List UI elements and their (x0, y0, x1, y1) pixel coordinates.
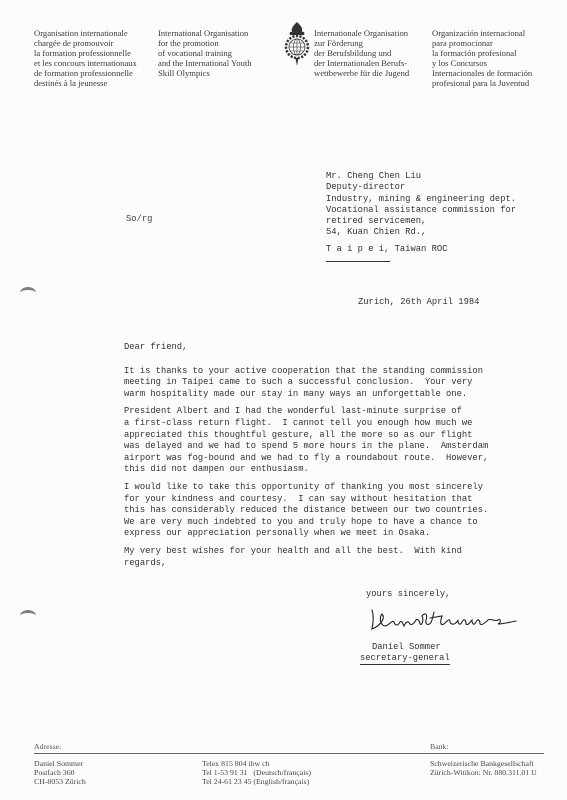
paragraph-4: My very best wishes for your health and … (124, 546, 544, 569)
footer-divider (34, 753, 544, 754)
city-underline (326, 261, 390, 262)
reference-initials: So/rg (126, 214, 152, 224)
addressee-city: T a i p e i, Taiwan ROC (326, 244, 447, 254)
letter-body: Dear friend, It is thanks to your active… (124, 342, 544, 575)
globe-cog-flame-emblem-icon (282, 20, 312, 68)
letter-date: Zurich, 26th April 1984 (358, 297, 479, 307)
letterhead-german: Internationale Organisation zur Förderun… (314, 28, 409, 78)
footer-bank-label: Bank: (430, 742, 449, 751)
closing: yours sincerely, (366, 589, 450, 599)
punch-hole-bottom (20, 610, 36, 622)
salutation: Dear friend, (124, 342, 544, 354)
letterhead-spanish: Organización internacional para promocio… (432, 28, 532, 89)
letterhead-english: International Organisation for the promo… (158, 28, 252, 78)
footer-address: Daniel Sommer Postfach 360 CH-8053 Züric… (34, 759, 86, 787)
signer-title: secretary-general (360, 653, 450, 665)
handwritten-signature (370, 606, 550, 632)
footer-address-label: Adresse: (34, 742, 61, 751)
paragraph-1: It is thanks to your active cooperation … (124, 366, 544, 401)
signer-name: Daniel Sommer (372, 642, 441, 652)
footer-bank: Schweizerische Bankgesellschaft Zürich-W… (430, 759, 537, 777)
footer-contact: Telex 815 804 ibw ch Tel 1-53 91 31 (Deu… (202, 759, 311, 787)
paragraph-3: I would like to take this opportunity of… (124, 482, 544, 540)
addressee-block: Mr. Cheng Chen Liu Deputy-director Indus… (326, 171, 516, 239)
letterhead-french: Organisation internationale chargée de p… (34, 28, 137, 89)
punch-hole-top (20, 287, 36, 299)
paragraph-2: President Albert and I had the wonderful… (124, 406, 544, 476)
